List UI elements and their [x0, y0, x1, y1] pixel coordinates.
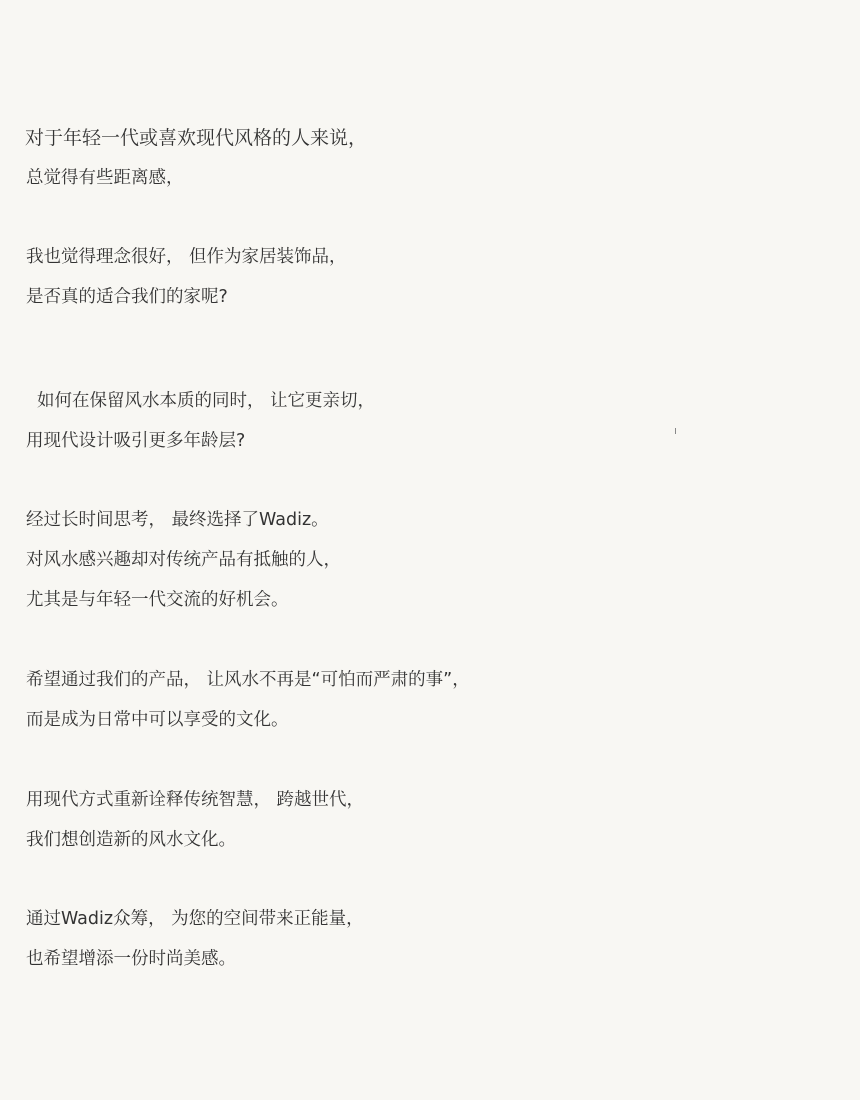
text-cursor-mark — [675, 428, 676, 434]
text-line: 我也觉得理念很好， 但作为家居装饰品， — [26, 245, 347, 269]
text-line: 经过长时间思考， 最终选择了Wadiz。 — [26, 508, 329, 532]
text-line: 用现代设计吸引更多年龄层? — [26, 429, 245, 453]
text-line: 而是成为日常中可以享受的文化。 — [26, 708, 289, 732]
text-line: 总觉得有些距离感， — [26, 166, 184, 190]
text-line: 也希望增添一份时尚美感。 — [26, 947, 236, 971]
text-line: 对于年轻一代或喜欢现代风格的人来说， — [25, 126, 367, 150]
text-line: 是否真的适合我们的家呢? — [26, 285, 228, 309]
text-line: 如何在保留风水本质的同时， 让它更亲切， — [37, 389, 375, 413]
text-line: 通过Wadiz众筹， 为您的空间带来正能量， — [26, 907, 364, 931]
text-line: 希望通过我们的产品， 让风水不再是“可怕而严肃的事”， — [26, 668, 470, 692]
text-line: 用现代方式重新诠释传统智慧， 跨越世代， — [26, 788, 364, 812]
text-line: 尤其是与年轻一代交流的好机会。 — [26, 588, 289, 612]
text-line: 对风水感兴趣却对传统产品有抵触的人， — [26, 548, 341, 572]
text-line: 我们想创造新的风水文化。 — [26, 828, 236, 852]
